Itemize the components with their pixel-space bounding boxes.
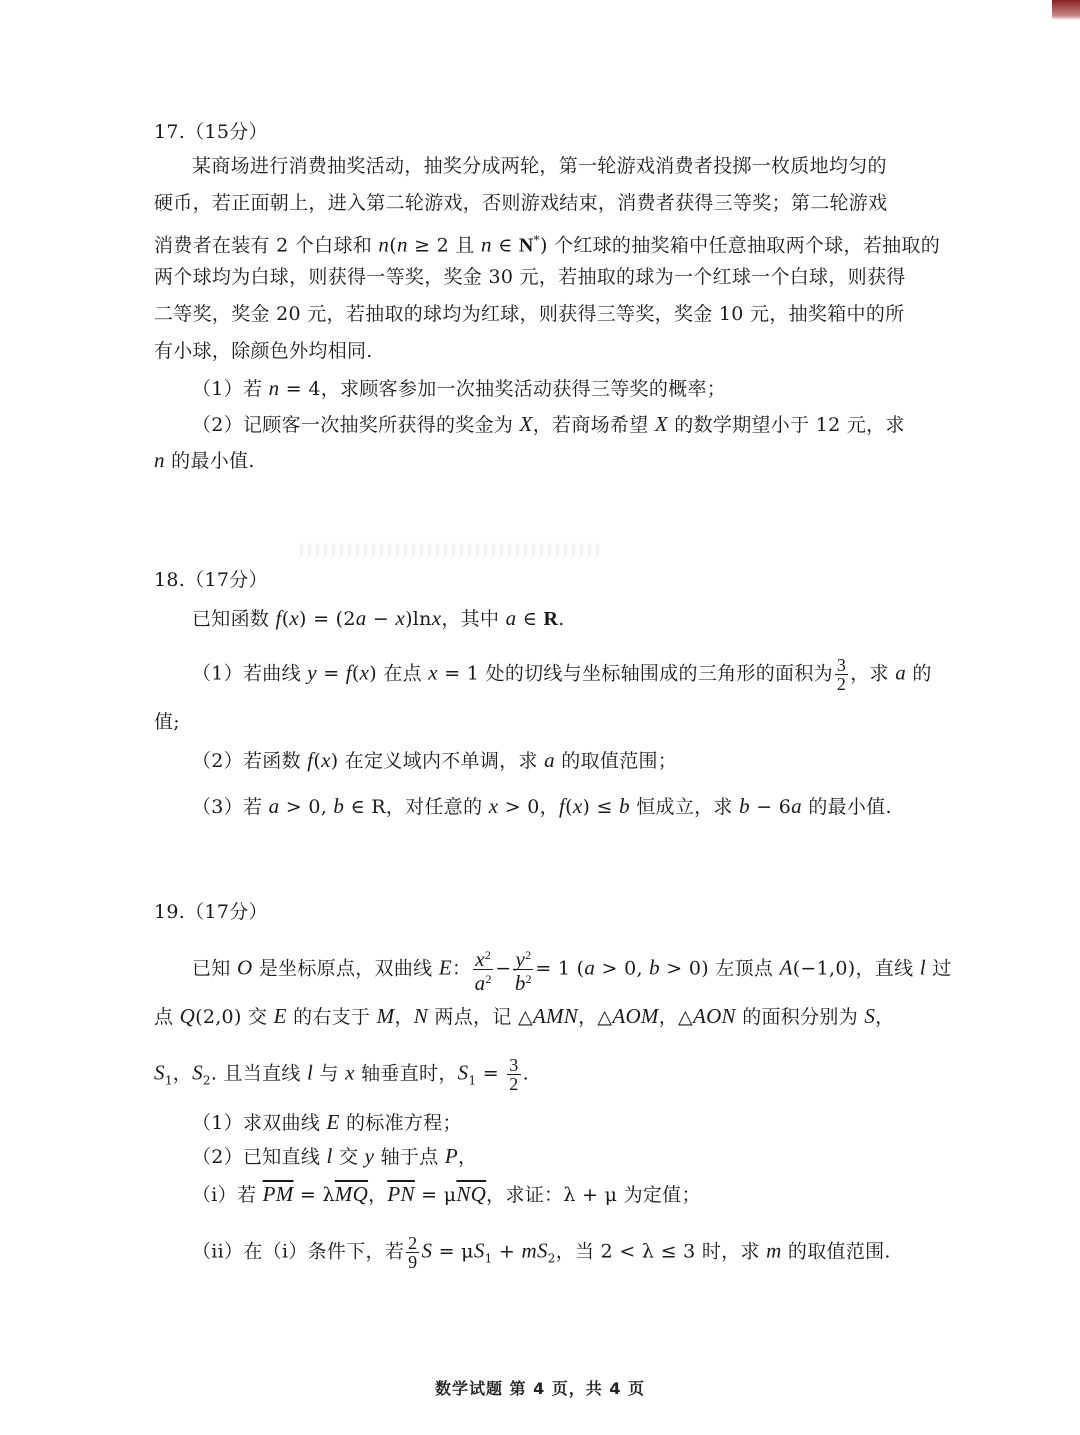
- corner-mark: [1052, 0, 1080, 20]
- q19-part-1: （1）求双曲线 E 的标准方程；: [192, 1108, 462, 1137]
- q18-part-2: （2）若函数 f(x) 在定义域内不单调，求 a 的取值范围；: [192, 746, 677, 775]
- q19-stem-line-2: 点 Q(2,0) 交 E 的右支于 M，N 两点，记 △AMN，△AOM，△AO…: [154, 1002, 894, 1031]
- q17-stem-line-3: 消费者在装有 2 个白球和 n(n ≥ 2 且 n ∈ N*) 个红球的抽奖箱中…: [154, 226, 940, 259]
- scan-smudge: [300, 543, 600, 557]
- q18-part-1: （1）若曲线 y = f(x) 在点 x = 1 处的切线与坐标轴围成的三角形的…: [192, 656, 932, 693]
- q17-part-1: （1）若 n = 4，求顾客参加一次抽奖活动获得三等奖的概率；: [192, 374, 726, 403]
- q17-header: 17.（15分）: [154, 118, 268, 146]
- q19-part-2-ii: （ii）在（i）条件下，若29S = μS1 + mS2，当 2 < λ ≤ 3…: [192, 1234, 891, 1272]
- exam-page: 17.（15分） 某商场进行消费抽奖活动，抽奖分成两轮，第一轮游戏消费者投掷一枚…: [0, 0, 1080, 1435]
- q17-part-2: （2）记顾客一次抽奖所获得的奖金为 X，若商场希望 X 的数学期望小于 12 元…: [192, 410, 905, 439]
- q18-header: 18.（17分）: [154, 566, 268, 594]
- page-footer: 数学试题 第 4 页，共 4 页: [0, 1376, 1080, 1399]
- q18-stem: 已知函数 f(x) = (2a − x)lnx，其中 a ∈ R.: [192, 604, 565, 633]
- fraction-3-2: 32: [835, 656, 848, 693]
- q19-stem-line-1: 已知 O 是坐标原点，双曲线 E：x2a2−y2b2= 1 (a > 0, b …: [192, 946, 952, 993]
- q19-header: 19.（17分）: [154, 898, 268, 926]
- q17-part-2-continuation: n 的最小值.: [154, 446, 255, 475]
- q19-stem-line-3: S1，S2. 且当直线 l 与 x 轴垂直时，S1 = 32.: [154, 1056, 529, 1094]
- q17-stem-line-6: 有小球，除颜色外均相同.: [154, 337, 373, 365]
- q17-stem-line-1: 某商场进行消费抽奖活动，抽奖分成两轮，第一轮游戏消费者投掷一枚质地均匀的: [192, 152, 887, 180]
- q18-part-1-continuation: 值;: [154, 708, 180, 736]
- q17-stem-line-2: 硬币，若正面朝上，进入第二轮游戏，否则游戏结束，消费者获得三等奖；第二轮游戏: [154, 189, 887, 217]
- q18-part-3: （3）若 a > 0, b ∈ R，对任意的 x > 0，f(x) ≤ b 恒成…: [192, 792, 892, 821]
- q19-part-2: （2）已知直线 l 交 y 轴于点 P，: [192, 1142, 477, 1171]
- q19-part-2-i: （i）若 PM = λMQ，PN = μNQ，求证：λ + μ 为定值；: [192, 1180, 701, 1209]
- q17-stem-line-4: 两个球均为白球，则获得一等奖，奖金 30 元，若抽取的球为一个红球一个白球，则获…: [154, 263, 906, 291]
- q17-stem-line-5: 二等奖，奖金 20 元，若抽取的球均为红球，则获得三等奖，奖金 10 元，抽奖箱…: [154, 300, 904, 328]
